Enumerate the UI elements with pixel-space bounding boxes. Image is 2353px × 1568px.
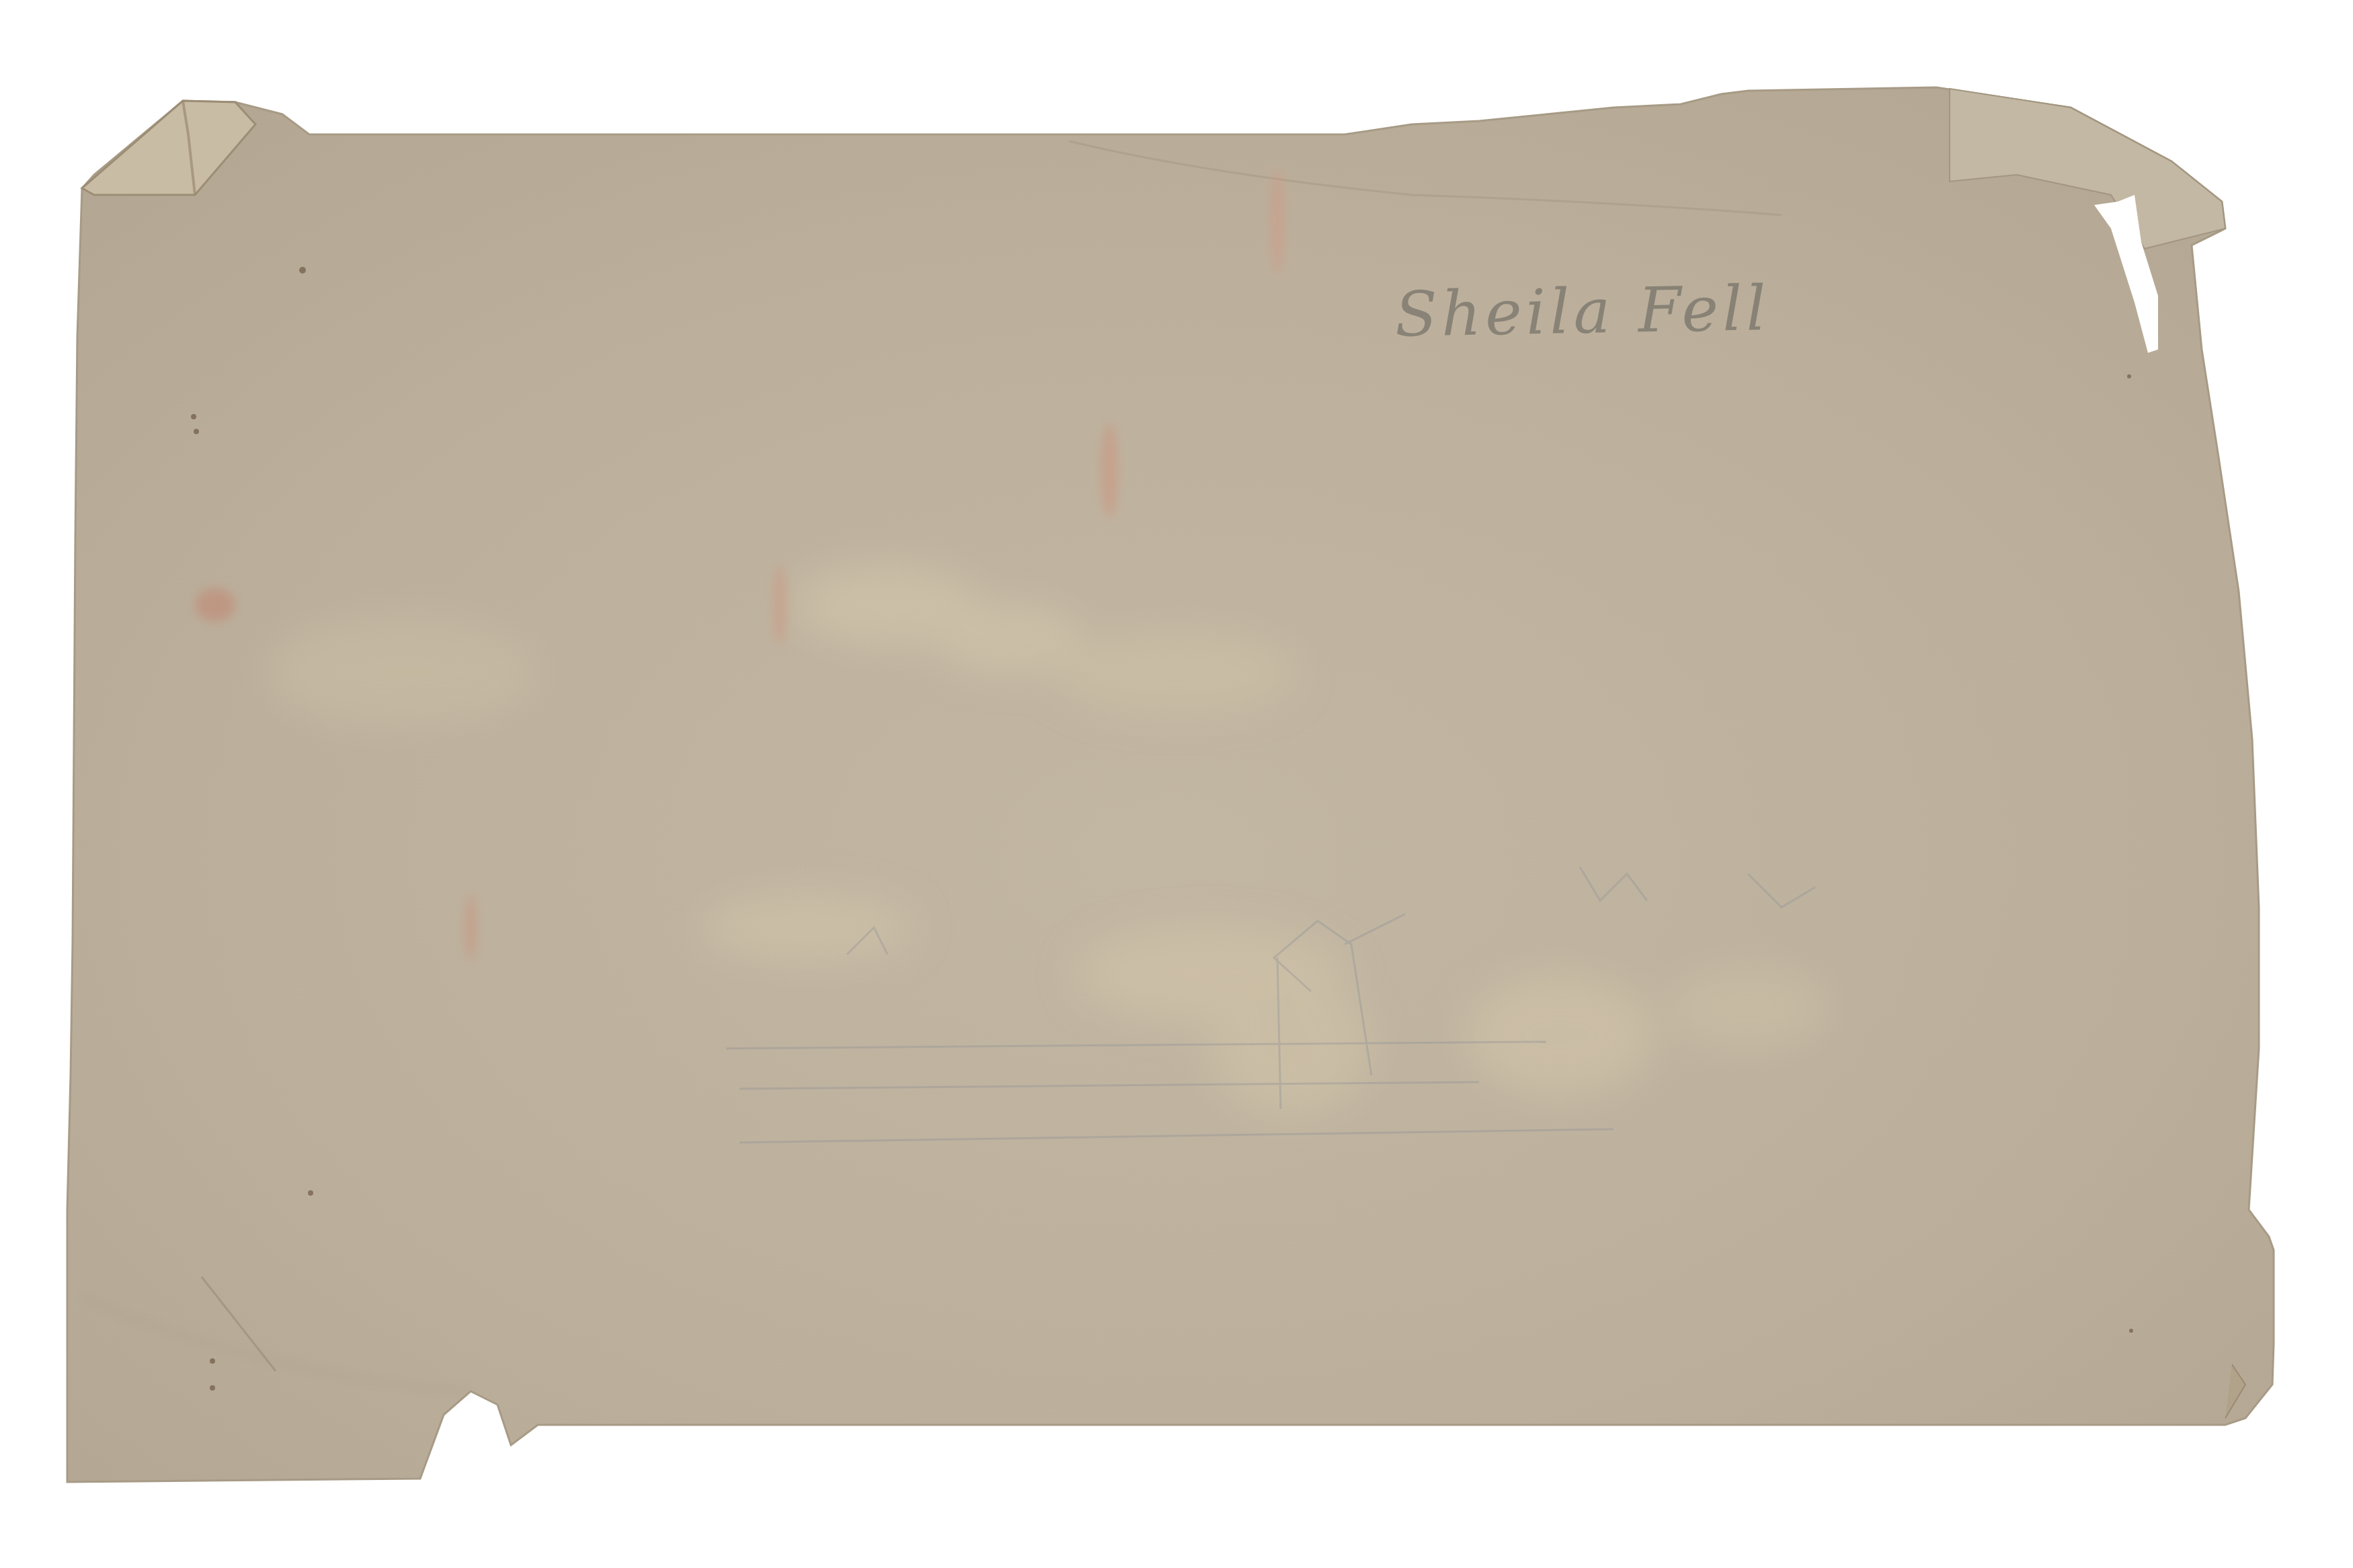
paper-sheet (0, 0, 2353, 1568)
pencil-inscription: Sheila Fell (1394, 272, 1771, 351)
paper-body (67, 87, 2274, 1482)
photo-scene: Sheila Fell (0, 0, 2353, 1568)
